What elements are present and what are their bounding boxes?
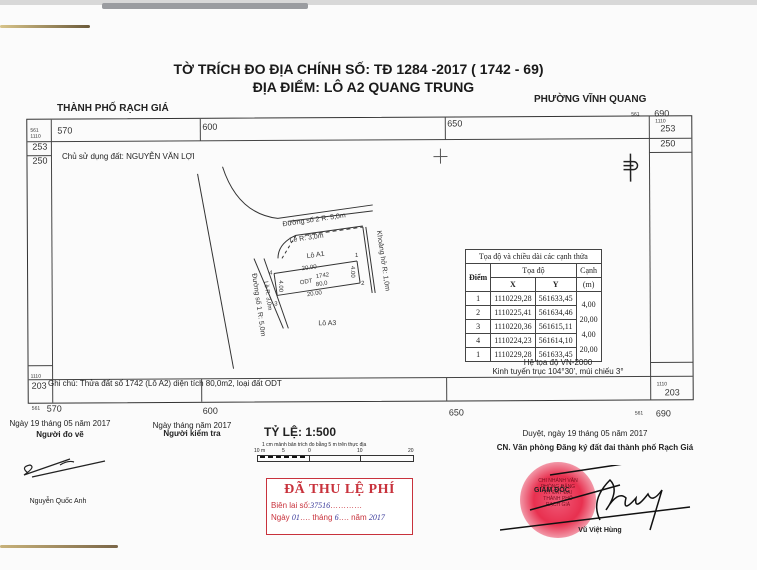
svg-text:Lô A1: Lô A1 bbox=[306, 251, 325, 261]
svg-text:2: 2 bbox=[361, 281, 365, 287]
pencil-object-bottom bbox=[0, 545, 118, 548]
svg-text:4: 4 bbox=[269, 270, 273, 276]
director-name: Vũ Việt Hùng bbox=[560, 527, 640, 534]
surveyor-name: Nguyễn Quốc Anh bbox=[8, 498, 108, 505]
document-location: ĐỊA ĐIỂM: LÔ A2 QUANG TRUNG bbox=[0, 79, 742, 95]
office-name: CN. Văn phòng Đăng ký đất đai thành phố … bbox=[460, 443, 730, 452]
surveyor-block: Ngày 19 tháng 05 năm 2017 Người đo vẽ bbox=[0, 419, 120, 439]
surveyor-signature bbox=[10, 445, 110, 485]
svg-text:ODT: ODT bbox=[300, 278, 314, 286]
document-title: TỜ TRÍCH ĐO ĐỊA CHÍNH SỐ: TĐ 1284 -2017 … bbox=[0, 61, 737, 77]
checker-block: Ngày tháng năm 2017 Người kiểm tra bbox=[132, 421, 252, 438]
fee-paid-stamp: ĐÃ THU LỆ PHÍ Biên lai số:37516………… Ngày… bbox=[266, 478, 413, 535]
pencil-object bbox=[0, 25, 90, 28]
scale-bar bbox=[257, 455, 414, 462]
ward-label: PHƯỜNG VĨNH QUANG bbox=[534, 94, 646, 105]
svg-text:Lô A3: Lô A3 bbox=[318, 320, 336, 327]
table-row: 11110229,28561633,45 4,0020,004,0020,00 bbox=[466, 292, 602, 306]
land-owner: Chủ sử dụng đất: NGUYỄN VĂN LỢI bbox=[62, 152, 195, 161]
svg-text:1: 1 bbox=[355, 253, 359, 259]
svg-text:Lề R: 3,0m: Lề R: 3,0m bbox=[262, 281, 272, 311]
coordinate-table: Tọa độ và chiều dài các cạnh thửa Điểm T… bbox=[465, 249, 602, 362]
svg-text:3: 3 bbox=[274, 301, 278, 307]
north-arrow bbox=[623, 154, 637, 182]
svg-text:Khoảng hở R: 1,0m: Khoảng hở R: 1,0m bbox=[375, 230, 392, 292]
horizontal-scrollbar[interactable] bbox=[102, 3, 308, 9]
svg-text:20.00: 20.00 bbox=[307, 290, 323, 298]
svg-text:4.00: 4.00 bbox=[277, 280, 283, 292]
scale-title: TỶ LỆ: 1:500 bbox=[264, 425, 336, 439]
svg-text:80,0: 80,0 bbox=[316, 280, 329, 288]
svg-text:4.00: 4.00 bbox=[349, 266, 355, 278]
svg-text:Lề R: 3,0m: Lề R: 3,0m bbox=[289, 230, 324, 244]
coordinate-system: Hệ tọa độ VN-2000 Kinh tuyến trục 104°30… bbox=[478, 358, 638, 376]
svg-text:1742: 1742 bbox=[316, 272, 331, 280]
parcel-note: Ghi chú: Thửa đất số 1742 (Lô A2) diện t… bbox=[48, 379, 282, 388]
city-label: THÀNH PHỐ RẠCH GIÁ bbox=[57, 103, 169, 114]
approval-date: Duyệt, ngày 19 tháng 05 năm 2017 bbox=[470, 429, 700, 438]
svg-text:20.00: 20.00 bbox=[301, 264, 317, 272]
scale-note: 1 cm mảnh bản trích đo bằng 5 m trên thự… bbox=[262, 442, 366, 448]
